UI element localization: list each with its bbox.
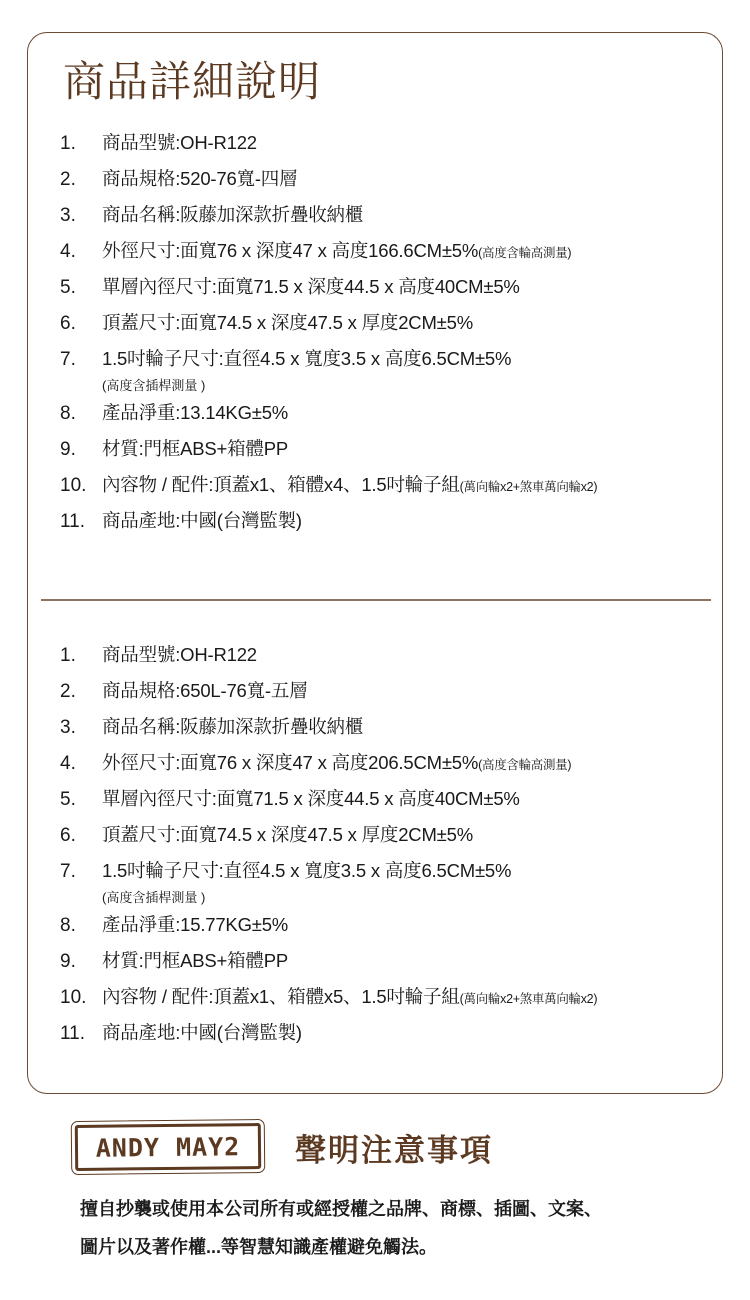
- item-number: 2.: [60, 681, 102, 703]
- spec-item-lid-size: 6. 頂蓋尺寸:面寬74.5 x 深度47.5 x 厚度2CM±5%: [60, 821, 710, 857]
- spec-item-lid-size: 6. 頂蓋尺寸:面寬74.5 x 深度47.5 x 厚度2CM±5%: [60, 309, 710, 345]
- item-number: 6.: [60, 313, 102, 335]
- item-small-note: (萬向輪x2+煞車萬向輪x2): [460, 477, 598, 495]
- item-number: 4.: [60, 241, 102, 263]
- item-number: 3.: [60, 717, 102, 739]
- item-text: 商品規格:520-76寬-四層: [102, 165, 297, 191]
- item-number: 1.: [60, 133, 102, 155]
- item-number: 8.: [60, 915, 102, 937]
- item-text: 商品型號:OH-R122: [102, 641, 257, 667]
- spec-item-wheel-size: 7. 1.5吋輪子尺寸:直徑4.5 x 寬度3.5 x 高度6.5CM±5% (…: [60, 857, 710, 911]
- item-number: 8.: [60, 403, 102, 425]
- spec-item-contents: 10. 內容物 / 配件:頂蓋x1、箱體x4、1.5吋輪子組 (萬向輪x2+煞車…: [60, 471, 710, 507]
- item-number: 7.: [60, 349, 102, 371]
- spec-item-inner-size: 5. 單層內徑尺寸:面寬71.5 x 深度44.5 x 高度40CM±5%: [60, 785, 710, 821]
- spec-item-wheel-size: 7. 1.5吋輪子尺寸:直徑4.5 x 寬度3.5 x 高度6.5CM±5% (…: [60, 345, 710, 399]
- section-divider: [41, 599, 711, 601]
- item-text: 內容物 / 配件:頂蓋x1、箱體x5、1.5吋輪子組: [102, 983, 460, 1009]
- notice-line: 擅自抄襲或使用本公司所有或經授權之品牌、商標、插圖、文案、: [80, 1190, 700, 1228]
- item-number: 4.: [60, 753, 102, 775]
- item-number: 7.: [60, 861, 102, 883]
- notice-header: ANDY MAY2 聲明注意事項: [75, 1124, 493, 1170]
- item-number: 9.: [60, 439, 102, 461]
- brand-logo: ANDY MAY2: [75, 1123, 261, 1171]
- spec-list-650l: 1. 商品型號:OH-R122 2. 商品規格:650L-76寬-五層 3. 商…: [60, 641, 710, 1055]
- item-number: 11.: [60, 511, 102, 533]
- item-number: 10.: [60, 987, 102, 1009]
- spec-item-contents: 10. 內容物 / 配件:頂蓋x1、箱體x5、1.5吋輪子組 (萬向輪x2+煞車…: [60, 983, 710, 1019]
- item-number: 5.: [60, 277, 102, 299]
- item-text: 商品型號:OH-R122: [102, 129, 257, 155]
- item-text: 產品淨重:15.77KG±5%: [102, 911, 288, 937]
- spec-title: 商品詳細說明: [63, 49, 321, 109]
- item-number: 11.: [60, 1023, 102, 1045]
- spec-item-material: 9. 材質:門框ABS+箱體PP: [60, 435, 710, 471]
- item-text: 商品產地:中國(台灣監製): [102, 1019, 302, 1045]
- spec-item-outer-size: 4. 外徑尺寸:面寬76 x 深度47 x 高度166.6CM±5% (高度含輪…: [60, 237, 710, 273]
- item-text: 材質:門框ABS+箱體PP: [102, 435, 288, 461]
- spec-item-weight: 8. 產品淨重:15.77KG±5%: [60, 911, 710, 947]
- item-small-note: (高度含輪高測量): [478, 755, 571, 773]
- item-text: 1.5吋輪子尺寸:直徑4.5 x 寬度3.5 x 高度6.5CM±5%: [102, 345, 511, 371]
- item-text: 單層內徑尺寸:面寬71.5 x 深度44.5 x 高度40CM±5%: [102, 785, 520, 811]
- item-number: 3.: [60, 205, 102, 227]
- spec-item-material: 9. 材質:門框ABS+箱體PP: [60, 947, 710, 983]
- item-text: 頂蓋尺寸:面寬74.5 x 深度47.5 x 厚度2CM±5%: [102, 309, 473, 335]
- spec-item-origin: 11. 商品產地:中國(台灣監製): [60, 1019, 710, 1055]
- notice-body: 擅自抄襲或使用本公司所有或經授權之品牌、商標、插圖、文案、 圖片以及著作權...…: [80, 1190, 700, 1266]
- item-number: 2.: [60, 169, 102, 191]
- spec-item-origin: 11. 商品產地:中國(台灣監製): [60, 507, 710, 543]
- spec-item-weight: 8. 產品淨重:13.14KG±5%: [60, 399, 710, 435]
- notice-line: 圖片以及著作權...等智慧知識產權避免觸法。: [80, 1228, 700, 1266]
- item-number: 6.: [60, 825, 102, 847]
- item-text: 商品名稱:阪藤加深款折疊收納櫃: [102, 713, 363, 739]
- item-text: 商品產地:中國(台灣監製): [102, 507, 302, 533]
- item-text: 商品名稱:阪藤加深款折疊收納櫃: [102, 201, 363, 227]
- spec-list-520: 1. 商品型號:OH-R122 2. 商品規格:520-76寬-四層 3. 商品…: [60, 129, 710, 543]
- item-text: 產品淨重:13.14KG±5%: [102, 399, 288, 425]
- item-text: 外徑尺寸:面寬76 x 深度47 x 高度206.5CM±5%: [102, 749, 478, 775]
- item-number: 5.: [60, 789, 102, 811]
- spec-item-model: 1. 商品型號:OH-R122: [60, 641, 710, 677]
- item-text: 材質:門框ABS+箱體PP: [102, 947, 288, 973]
- item-text: 內容物 / 配件:頂蓋x1、箱體x4、1.5吋輪子組: [102, 471, 460, 497]
- item-small-note: (萬向輪x2+煞車萬向輪x2): [460, 989, 598, 1007]
- spec-item-spec: 2. 商品規格:520-76寬-四層: [60, 165, 710, 201]
- spec-item-outer-size: 4. 外徑尺寸:面寬76 x 深度47 x 高度206.5CM±5% (高度含輪…: [60, 749, 710, 785]
- item-small-note: (高度含輪高測量): [478, 243, 571, 261]
- item-text: 頂蓋尺寸:面寬74.5 x 深度47.5 x 厚度2CM±5%: [102, 821, 473, 847]
- item-number: 9.: [60, 951, 102, 973]
- notice-title: 聲明注意事項: [295, 1125, 493, 1170]
- spec-item-name: 3. 商品名稱:阪藤加深款折疊收納櫃: [60, 713, 710, 749]
- item-number: 10.: [60, 475, 102, 497]
- item-text: 外徑尺寸:面寬76 x 深度47 x 高度166.6CM±5%: [102, 237, 478, 263]
- item-number: 1.: [60, 645, 102, 667]
- spec-item-spec: 2. 商品規格:650L-76寬-五層: [60, 677, 710, 713]
- item-text: 商品規格:650L-76寬-五層: [102, 677, 308, 703]
- spec-item-name: 3. 商品名稱:阪藤加深款折疊收納櫃: [60, 201, 710, 237]
- product-spec-card: 商品詳細說明 1. 商品型號:OH-R122 2. 商品規格:520-76寬-四…: [27, 32, 723, 1094]
- item-note: (高度含插桿測量 ): [102, 887, 205, 906]
- spec-item-model: 1. 商品型號:OH-R122: [60, 129, 710, 165]
- item-note: (高度含插桿測量 ): [102, 375, 205, 394]
- item-text: 單層內徑尺寸:面寬71.5 x 深度44.5 x 高度40CM±5%: [102, 273, 520, 299]
- item-text: 1.5吋輪子尺寸:直徑4.5 x 寬度3.5 x 高度6.5CM±5%: [102, 857, 511, 883]
- spec-item-inner-size: 5. 單層內徑尺寸:面寬71.5 x 深度44.5 x 高度40CM±5%: [60, 273, 710, 309]
